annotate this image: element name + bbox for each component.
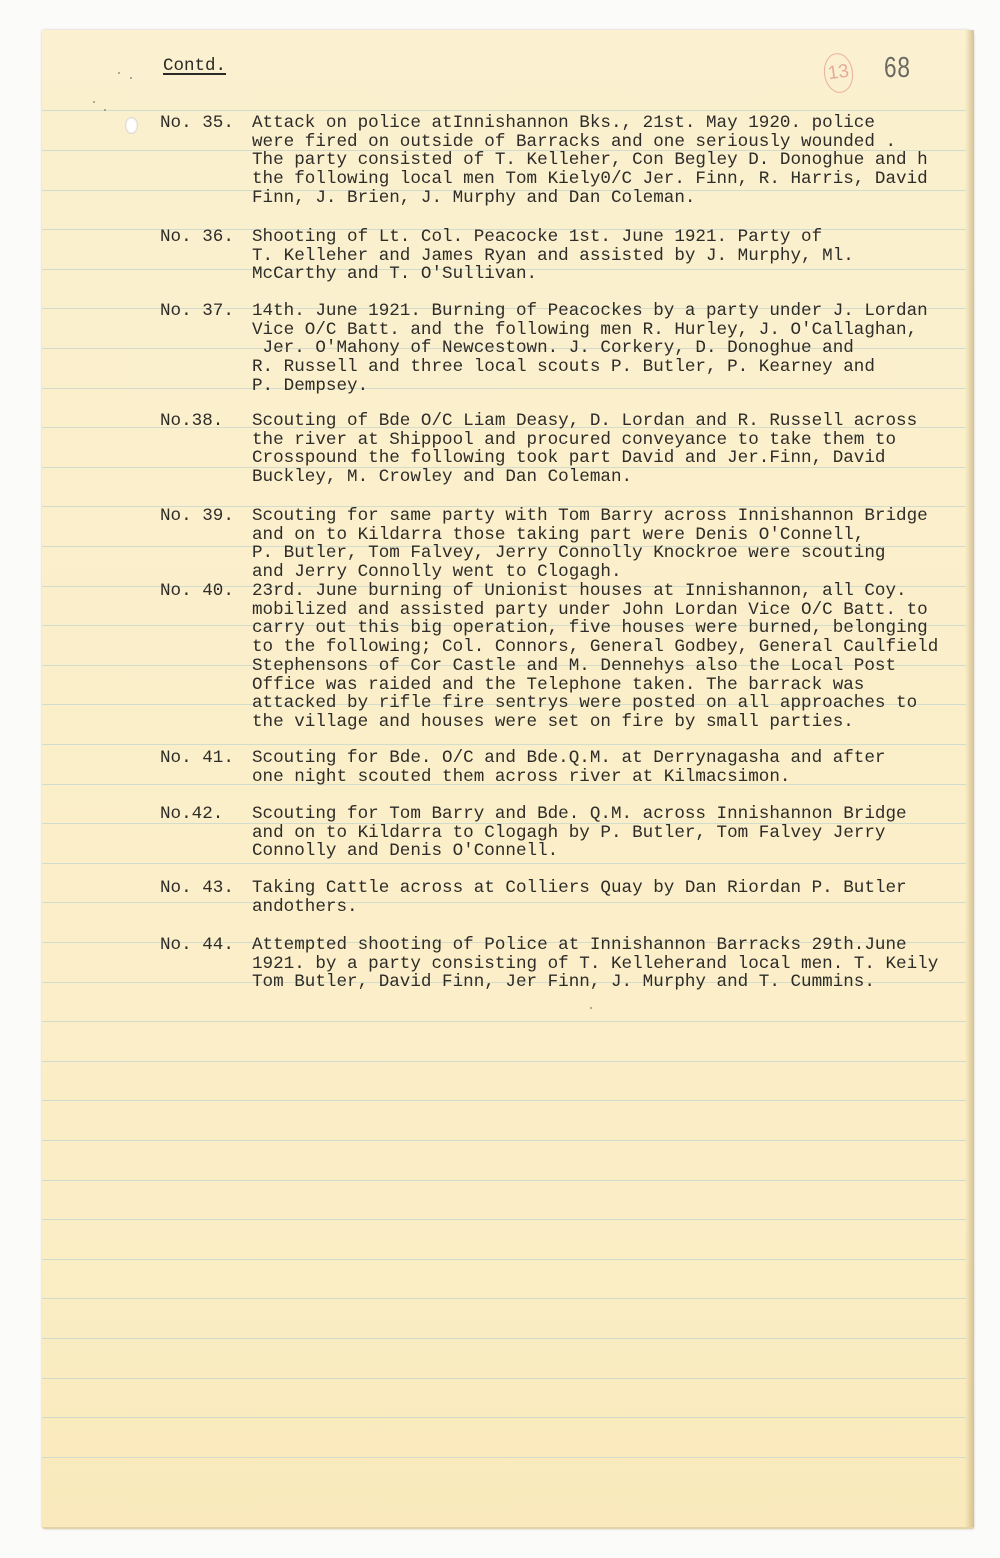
text-line: Tom Butler, David Finn, Jer Finn, J. Mur…	[252, 973, 977, 992]
text-line: Connolly and Denis O'Connell.	[252, 842, 977, 861]
text-line: Taking Cattle across at Colliers Quay by…	[252, 879, 977, 898]
text-line: Scouting for Bde. O/C and Bde.Q.M. at De…	[252, 749, 977, 768]
ink-speck	[118, 72, 120, 74]
text-line: Stephensons of Cor Castle and M. Dennehy…	[252, 657, 977, 676]
entry-number: No. 40.	[160, 582, 234, 601]
entry-number: No. 36.	[160, 228, 234, 247]
text-line: mobilized and assisted party under John …	[252, 601, 977, 620]
ruled-line	[42, 1219, 966, 1220]
ruled-line	[42, 1021, 966, 1022]
ruled-line	[42, 1417, 966, 1418]
text-line: and on to Kildarra to Clogagh by P. Butl…	[252, 824, 977, 843]
text-line: the following local men Tom Kiely0/C Jer…	[252, 170, 977, 189]
ruled-line	[42, 1061, 966, 1062]
ruled-line	[42, 1378, 966, 1379]
ruled-line	[42, 1140, 966, 1141]
entry-text: Scouting for Bde. O/C and Bde.Q.M. at De…	[252, 749, 977, 786]
entry-number: No.42.	[160, 805, 223, 824]
text-line: attacked by rifle fire sentrys were post…	[252, 694, 977, 713]
ruled-line	[42, 1259, 966, 1260]
ink-speck	[590, 1007, 592, 1009]
entry-number: No. 39.	[160, 507, 234, 526]
text-line: Attempted shooting of Police at Innishan…	[252, 936, 977, 955]
folio-number: 68	[884, 52, 911, 85]
entry-text: Scouting of Bde O/C Liam Deasy, D. Lorda…	[252, 412, 977, 487]
text-line: Crosspound the following took part David…	[252, 449, 977, 468]
text-line: Scouting for same party with Tom Barry a…	[252, 507, 977, 526]
ruled-line	[42, 1180, 966, 1181]
entry-text: Attack on police atInnishannon Bks., 21s…	[252, 114, 977, 208]
ruled-line	[42, 1298, 966, 1299]
text-line: 1921. by a party consisting of T. Kelleh…	[252, 955, 977, 974]
ink-speck	[130, 77, 132, 79]
punch-hole	[125, 117, 138, 134]
entry-text: Taking Cattle across at Colliers Quay by…	[252, 879, 977, 916]
ruled-line	[42, 863, 966, 864]
text-line: carry out this big operation, five house…	[252, 619, 977, 638]
entry-number: No. 44.	[160, 936, 234, 955]
text-line: Scouting of Bde O/C Liam Deasy, D. Lorda…	[252, 412, 977, 431]
ink-speck	[104, 109, 106, 111]
entry-text: Attempted shooting of Police at Innishan…	[252, 936, 977, 992]
text-line: R. Russell and three local scouts P. But…	[252, 358, 977, 377]
text-line: and on to Kildarra those taking part wer…	[252, 526, 977, 545]
entry-number: No. 43.	[160, 879, 234, 898]
entry-number: No. 37.	[160, 302, 234, 321]
text-line: Office was raided and the Telephone take…	[252, 676, 977, 695]
ruled-line	[42, 1457, 966, 1458]
text-line: Scouting for Tom Barry and Bde. Q.M. acr…	[252, 805, 977, 824]
text-line: 23rd. June burning of Unionist houses at…	[252, 582, 977, 601]
text-line: Finn, J. Brien, J. Murphy and Dan Colema…	[252, 189, 977, 208]
text-line: P. Dempsey.	[252, 377, 977, 396]
text-line: Attack on police atInnishannon Bks., 21s…	[252, 114, 977, 133]
text-line: T. Kelleher and James Ryan and assisted …	[252, 247, 977, 266]
text-line: one night scouted them across river at K…	[252, 768, 977, 787]
text-line: the river at Shippool and procured conve…	[252, 431, 977, 450]
entry-text: Scouting for same party with Tom Barry a…	[252, 507, 977, 582]
text-line: andothers.	[252, 898, 977, 917]
entry-text: Shooting of Lt. Col. Peacocke 1st. June …	[252, 228, 977, 284]
text-line: 14th. June 1921. Burning of Peacockes by…	[252, 302, 977, 321]
text-line: and Jerry Connolly went to Clogagh.	[252, 563, 977, 582]
text-line: were fired on outside of Barracks and on…	[252, 133, 977, 152]
ruled-line	[42, 110, 966, 111]
entry-text: 23rd. June burning of Unionist houses at…	[252, 582, 977, 732]
text-line: to the following; Col. Connors, General …	[252, 638, 977, 657]
text-line: Jer. O'Mahony of Newcestown. J. Corkery,…	[252, 339, 977, 358]
entry-number: No.38.	[160, 412, 223, 431]
contd-label: Contd.	[163, 56, 226, 76]
ruled-line	[42, 1100, 966, 1101]
entry-number: No. 41.	[160, 749, 234, 768]
text-line: The party consisted of T. Kelleher, Con …	[252, 151, 977, 170]
entry-text: Scouting for Tom Barry and Bde. Q.M. acr…	[252, 805, 977, 861]
ink-speck	[93, 101, 95, 103]
text-line: the village and houses were set on fire …	[252, 713, 977, 732]
ruled-line	[42, 1338, 966, 1339]
ruled-line	[42, 744, 966, 745]
text-line: Shooting of Lt. Col. Peacocke 1st. June …	[252, 228, 977, 247]
entry-number: No. 35.	[160, 114, 234, 133]
text-line: Buckley, M. Crowley and Dan Coleman.	[252, 468, 977, 487]
text-line: Vice O/C Batt. and the following men R. …	[252, 321, 977, 340]
text-line: P. Butler, Tom Falvey, Jerry Connolly Kn…	[252, 544, 977, 563]
entry-text: 14th. June 1921. Burning of Peacockes by…	[252, 302, 977, 396]
continued-heading: Contd.	[163, 56, 226, 76]
text-line: McCarthy and T. O'Sullivan.	[252, 265, 977, 284]
